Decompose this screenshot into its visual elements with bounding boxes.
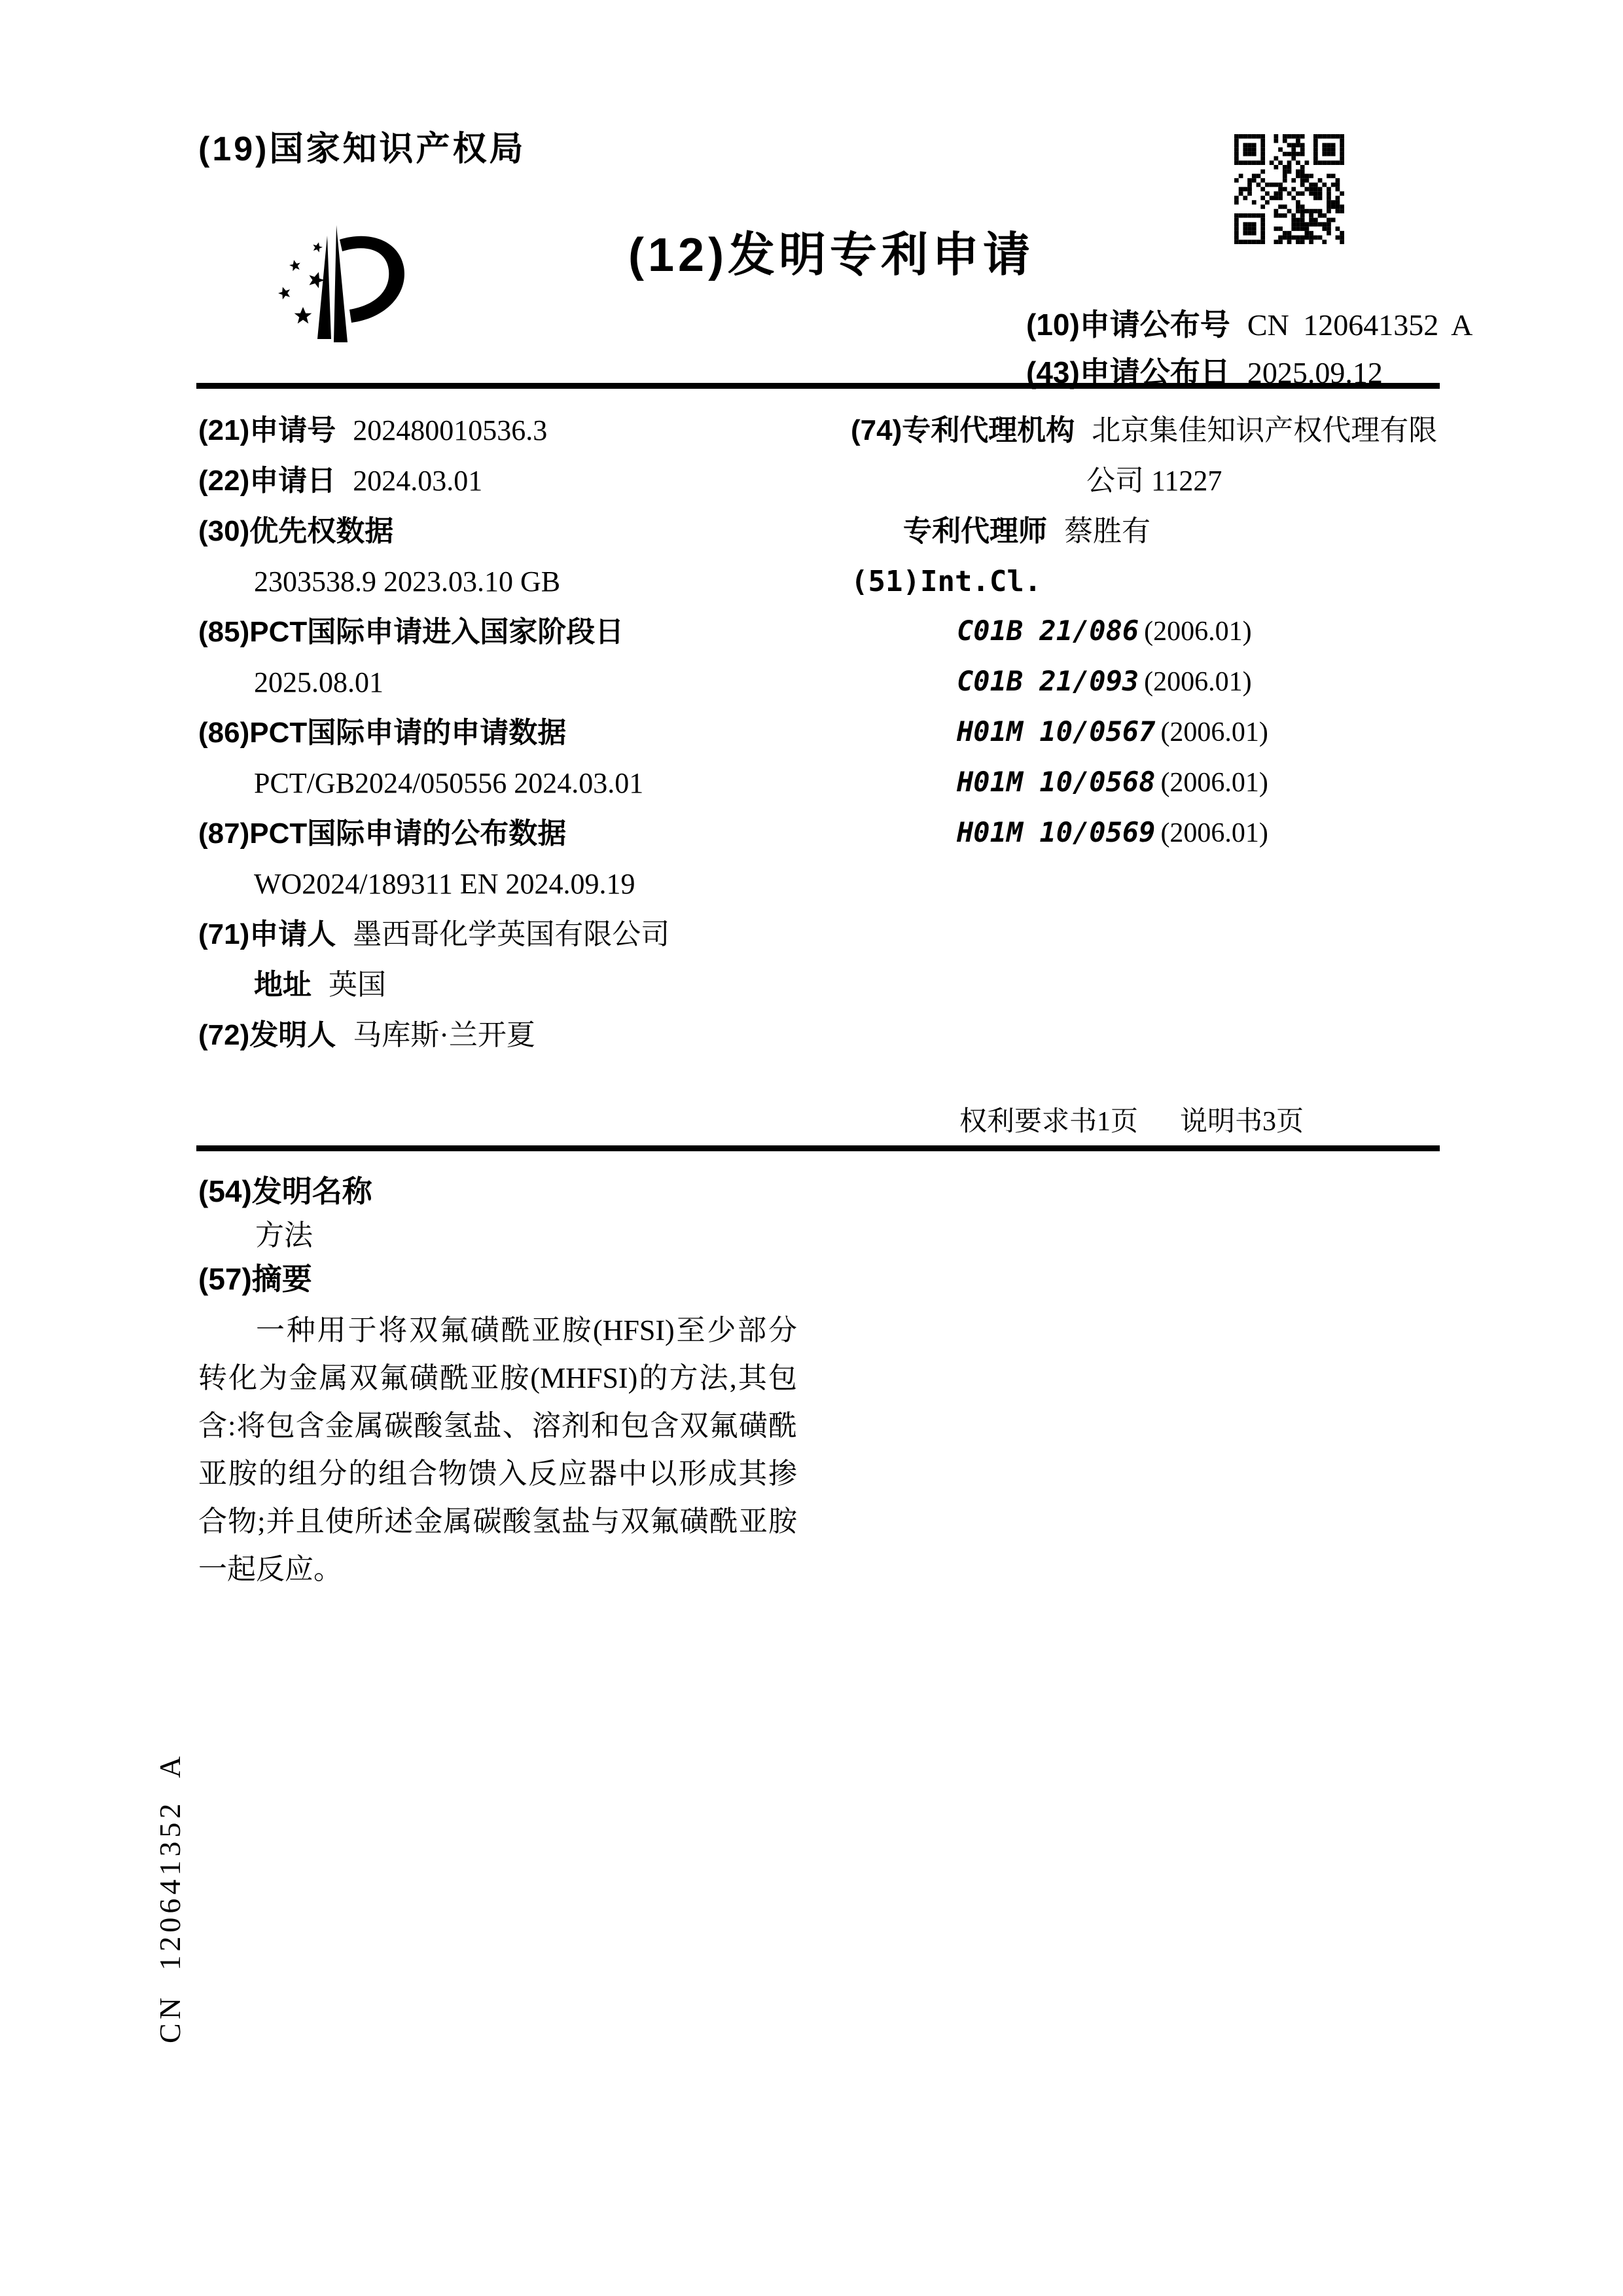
- logo-monument: [317, 225, 404, 342]
- logo-stars: [277, 241, 327, 323]
- publication-number-line: (10)申请公布号CN 120641352 A: [1026, 306, 1472, 344]
- field-74-value-line2: 公司 11227: [1086, 465, 1222, 497]
- field-21-label: (21)申请号: [198, 414, 336, 446]
- ipc-version: (2006.01): [1144, 667, 1251, 697]
- field-71-label: (71)申请人: [198, 918, 336, 950]
- field-30-label: (30)优先权数据: [198, 515, 393, 547]
- address-value: 英国: [329, 969, 386, 1001]
- invention-title: 方法: [255, 1217, 313, 1253]
- qr-code: [1234, 134, 1344, 244]
- ipc-code: H01M 10/0569: [957, 816, 1155, 848]
- document-type-title: (12)发明专利申请: [628, 226, 1034, 285]
- field-87-value: WO2024/189311 EN 2024.09.19: [254, 868, 635, 900]
- field-71-applicant: (71)申请人墨西哥化学英国有限公司: [198, 916, 669, 952]
- field-72-inventor: (72)发明人马库斯·兰开夏: [198, 1017, 535, 1053]
- abstract-text: 一种用于将双氟磺酰亚胺(HFSI)至少部分转化为金属双氟磺酰亚胺(MHFSI)的…: [198, 1306, 797, 1593]
- field-22-label: (22)申请日: [198, 465, 336, 497]
- ipc-version: (2006.01): [1160, 768, 1268, 798]
- field-22-filing-date: (22)申请日2024.03.01: [198, 463, 482, 499]
- agent-name: 蔡胜有: [1064, 515, 1150, 547]
- field-72-value: 马库斯·兰开夏: [353, 1019, 535, 1051]
- field-87-label: (87)PCT国际申请的公布数据: [198, 817, 566, 850]
- field-22-value: 2024.03.01: [353, 465, 482, 497]
- patent-front-page: (19)国家知识产权局 (12)发明专利申请 (10)申请公布号CN 12064…: [0, 0, 1623, 2296]
- agent-label: 专利代理师: [903, 515, 1047, 547]
- field-57-abstract-label: (57)摘要: [198, 1261, 312, 1299]
- field-86-label: (86)PCT国际申请的申请数据: [198, 717, 566, 749]
- ipc-code: H01M 10/0568: [957, 766, 1155, 798]
- field-85-national-phase-date: (85)PCT国际申请进入国家阶段日: [198, 614, 624, 650]
- field-87-pct-publication-data: (87)PCT国际申请的公布数据: [198, 816, 566, 852]
- ipc-entry: H01M 10/0568(2006.01): [957, 765, 1268, 800]
- office-name: (19)国家知识产权局: [198, 128, 526, 171]
- ipc-entry: C01B 21/086(2006.01): [957, 614, 1252, 649]
- ipc-code: C01B 21/093: [957, 665, 1139, 697]
- field-86-pct-application-data: (86)PCT国际申请的申请数据: [198, 715, 566, 751]
- ipc-entry: H01M 10/0569(2006.01): [957, 816, 1268, 851]
- field-51-int-cl: (51)Int.Cl.: [851, 564, 1041, 600]
- claims-pages: 权利要求书1页: [959, 1107, 1138, 1137]
- vertical-doc-number: CN 120641352 A: [152, 1752, 187, 2043]
- pub-number-label: (10)申请公布号: [1026, 308, 1230, 342]
- ipc-version: (2006.01): [1144, 617, 1251, 647]
- field-86-value: PCT/GB2024/050556 2024.03.01: [254, 767, 643, 799]
- field-21-value: 202480010536.3: [353, 414, 547, 446]
- field-30-value-line: 2303538.9 2023.03.10 GB: [254, 564, 560, 600]
- ipc-version: (2006.01): [1160, 818, 1268, 848]
- header-divider: [196, 383, 1440, 389]
- field-74-value-line2-wrap: 公司 11227: [1086, 463, 1222, 499]
- ipc-code: H01M 10/0567: [957, 715, 1155, 747]
- abstract-divider: [196, 1145, 1440, 1151]
- address-label: 地址: [254, 969, 312, 1001]
- ipc-entry: C01B 21/093(2006.01): [957, 664, 1252, 700]
- field-87-value-line: WO2024/189311 EN 2024.09.19: [254, 866, 635, 902]
- field-21-application-number: (21)申请号202480010536.3: [198, 412, 547, 448]
- pub-number-value: CN 120641352 A: [1247, 308, 1473, 342]
- field-85-label: (85)PCT国际申请进入国家阶段日: [198, 616, 624, 648]
- field-85-value: 2025.08.01: [254, 666, 383, 698]
- field-74-agency: (74)专利代理机构北京集佳知识产权代理有限: [851, 412, 1437, 448]
- ipc-code: C01B 21/086: [957, 615, 1139, 647]
- field-30-priority-data: (30)优先权数据: [198, 513, 393, 549]
- cnipa-logo: [270, 221, 419, 344]
- field-86-value-line: PCT/GB2024/050556 2024.03.01: [254, 765, 643, 801]
- pages-info: 权利要求书1页说明书3页: [196, 1105, 1304, 1139]
- field-85-value-line: 2025.08.01: [254, 664, 383, 700]
- field-71-address-line: 地址英国: [254, 967, 386, 1003]
- field-74-label: (74)专利代理机构: [851, 414, 1075, 446]
- field-54-invention-name-label: (54)发明名称: [198, 1173, 372, 1211]
- ipc-entry: H01M 10/0567(2006.01): [957, 715, 1268, 750]
- ipc-version: (2006.01): [1160, 717, 1268, 747]
- description-pages: 说明书3页: [1180, 1107, 1304, 1137]
- field-74-value-line1: 北京集佳知识产权代理有限: [1092, 414, 1437, 446]
- field-51-label: (51)Int.Cl.: [851, 565, 1041, 598]
- field-71-value: 墨西哥化学英国有限公司: [353, 918, 669, 950]
- field-72-label: (72)发明人: [198, 1019, 336, 1051]
- field-30-value: 2303538.9 2023.03.10 GB: [254, 565, 560, 598]
- patent-agent-line: 专利代理师蔡胜有: [903, 513, 1150, 549]
